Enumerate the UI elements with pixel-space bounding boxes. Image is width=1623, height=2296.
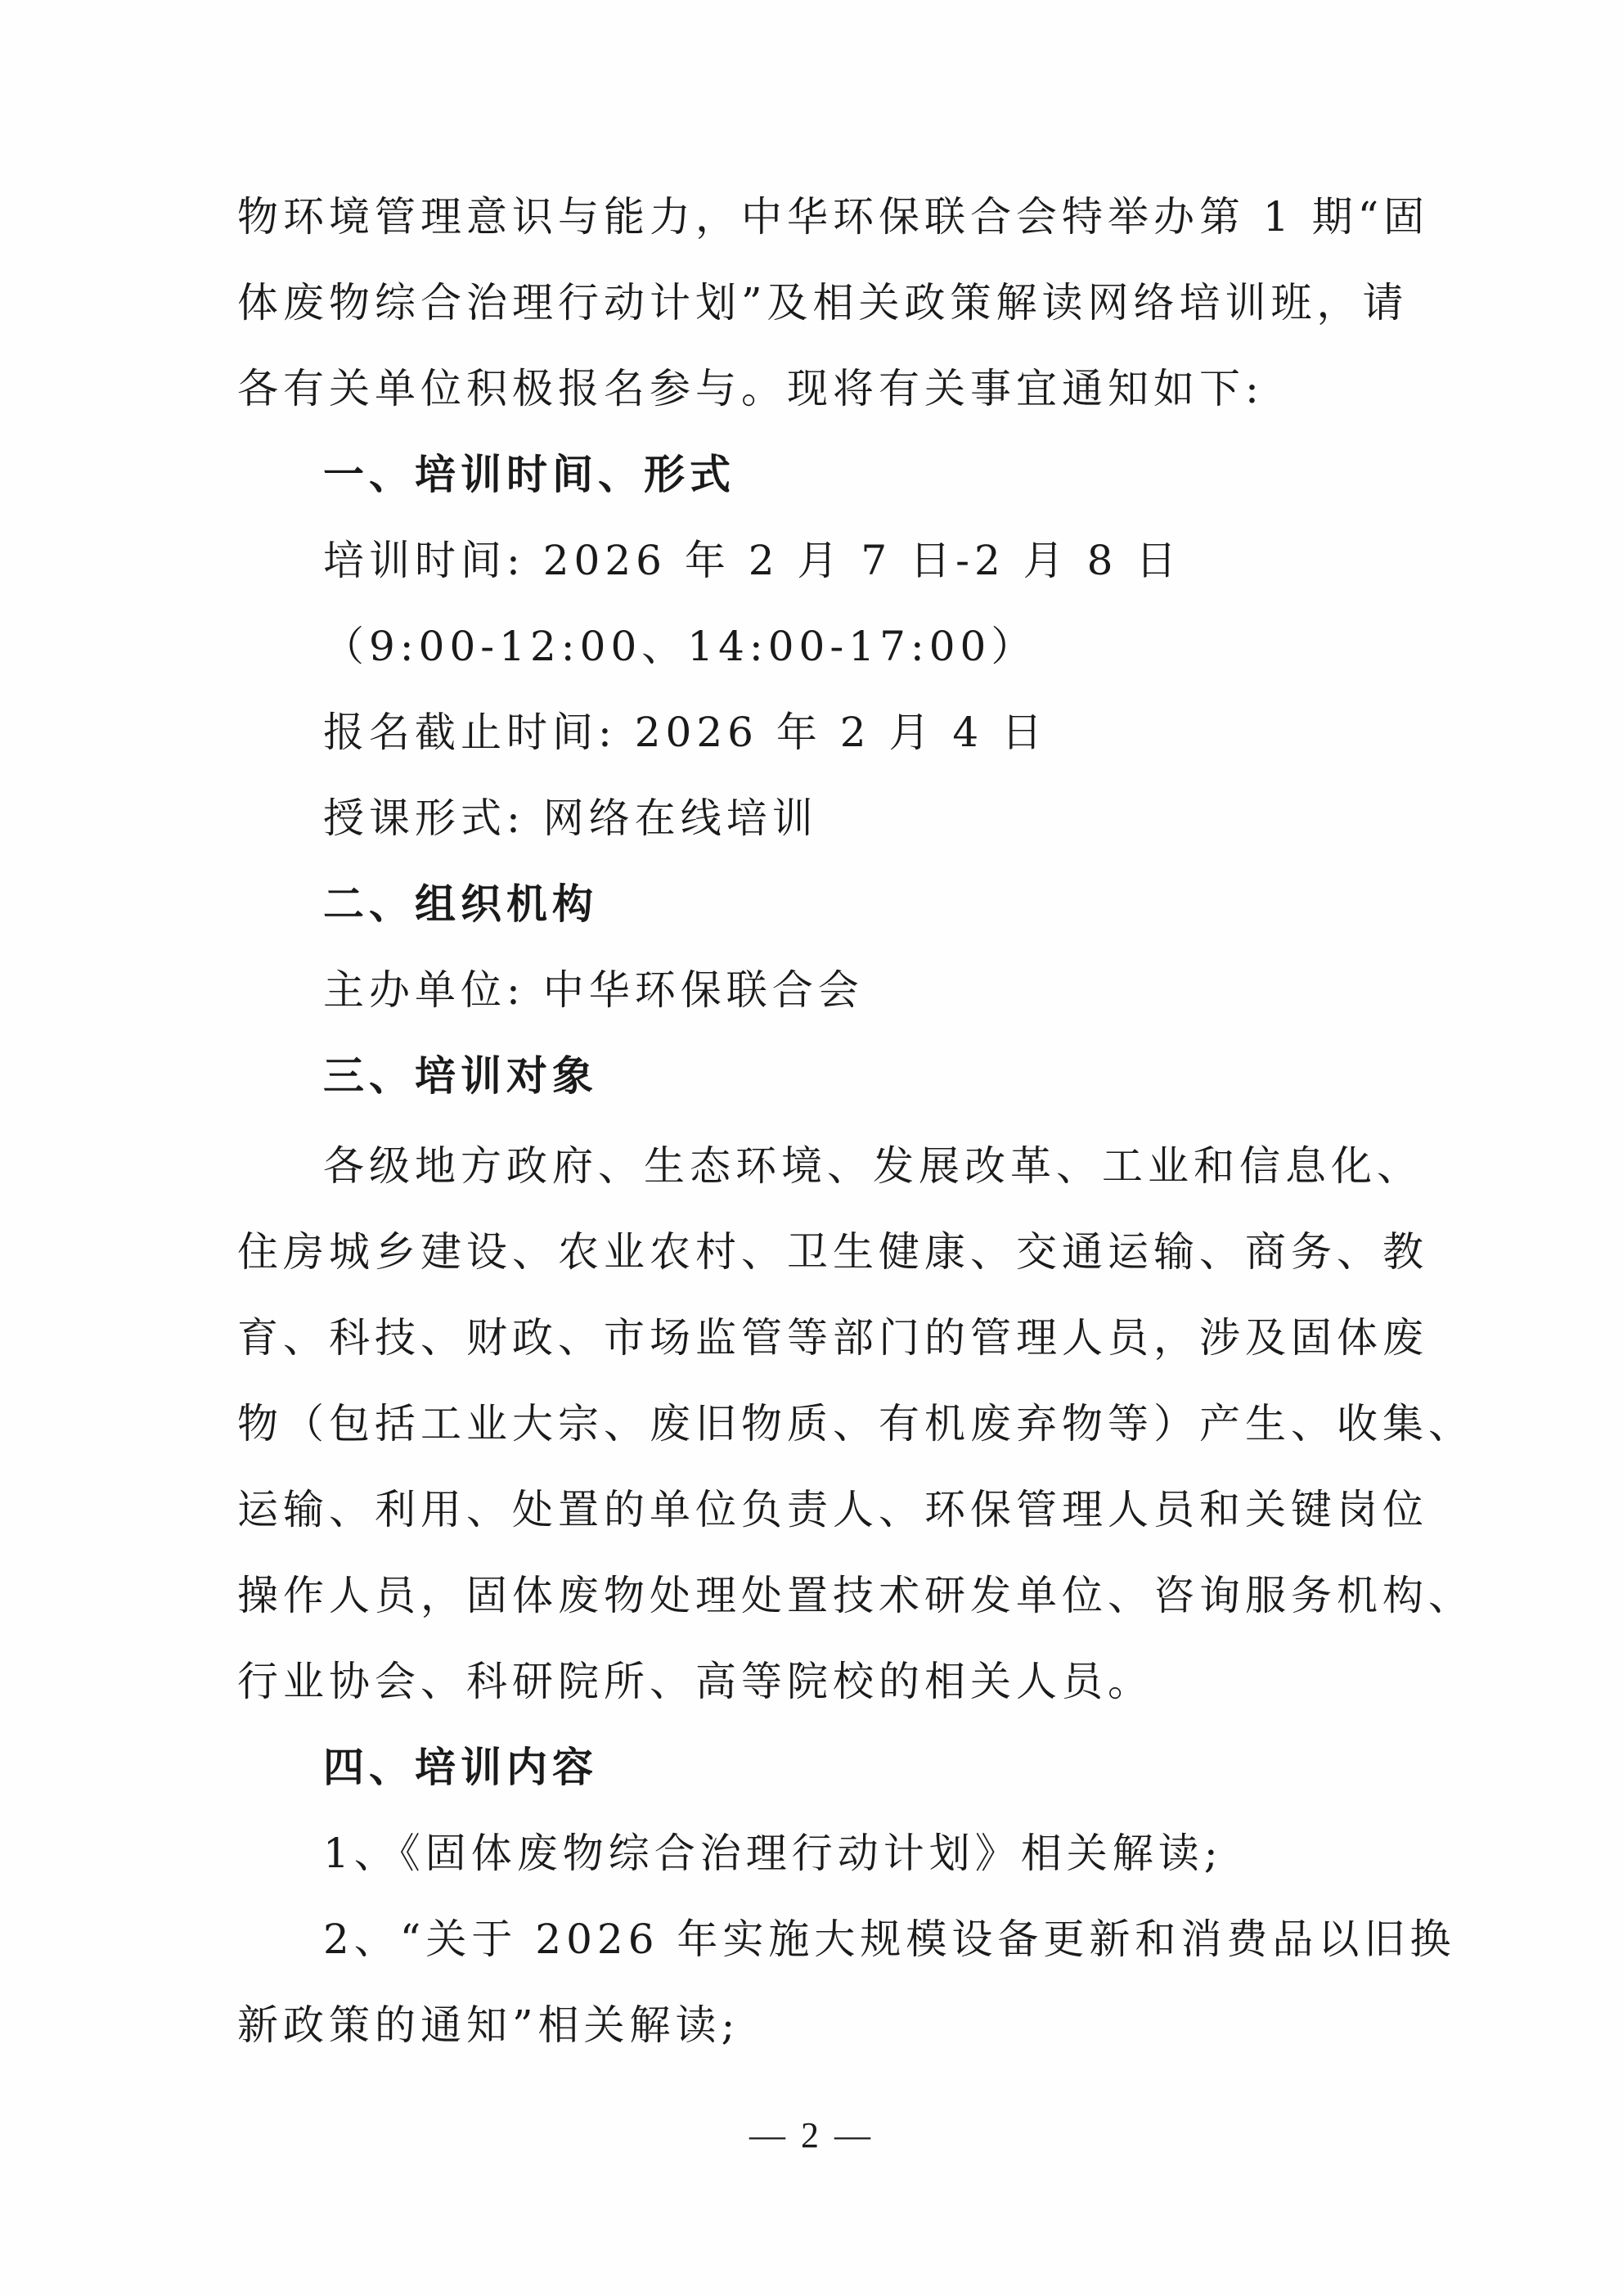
intro-line-3: 各有关单位积极报名参与。现将有关事宜通知如下:: [237, 364, 1391, 413]
audience-line-3: 育、科技、财政、市场监管等部门的管理人员，涉及固体废: [237, 1313, 1391, 1362]
section-1-heading: 一、培训时间、形式: [323, 450, 1391, 499]
content-item-2-line-2: 新政策的通知”相关解读;: [237, 2001, 1391, 2050]
content-item-2-line-1: 2、“关于 2026 年实施大规模设备更新和消费品以旧换: [323, 1915, 1391, 1964]
audience-line-2: 住房城乡建设、农业农村、卫生健康、交通运输、商务、教: [237, 1227, 1391, 1276]
audience-line-1: 各级地方政府、生态环境、发展改革、工业和信息化、: [323, 1141, 1391, 1191]
organizer: 主办单位: 中华环保联合会: [323, 966, 1391, 1015]
page-number: — 2 —: [0, 2111, 1623, 2160]
content-item-1: 1、《固体废物综合治理行动计划》相关解读;: [323, 1829, 1391, 1878]
audience-line-6: 操作人员，固体废物处理处置技术研发单位、咨询服务机构、: [237, 1571, 1391, 1620]
registration-deadline: 报名截止时间: 2026 年 2 月 4 日: [323, 708, 1391, 757]
training-time: 培训时间: 2026 年 2 月 7 日-2 月 8 日: [323, 536, 1391, 585]
training-hours: （9:00-12:00、14:00-17:00）: [323, 622, 1391, 671]
audience-line-5: 运输、利用、处置的单位负责人、环保管理人员和关键岗位: [237, 1485, 1391, 1534]
intro-line-1: 物环境管理意识与能力，中华环保联合会特举办第 1 期“固: [237, 192, 1391, 241]
audience-line-7: 行业协会、科研院所、高等院校的相关人员。: [237, 1657, 1391, 1706]
section-4-heading: 四、培训内容: [323, 1743, 1391, 1792]
intro-line-2: 体废物综合治理行动计划”及相关政策解读网络培训班，请: [237, 278, 1391, 327]
section-2-heading: 二、组织机构: [323, 880, 1391, 929]
document-page: 物环境管理意识与能力，中华环保联合会特举办第 1 期“固 体废物综合治理行动计划…: [0, 0, 1623, 2296]
section-3-heading: 三、培训对象: [323, 1051, 1391, 1101]
training-format: 授课形式: 网络在线培训: [323, 794, 1391, 843]
audience-line-4: 物（包括工业大宗、废旧物质、有机废弃物等）产生、收集、: [237, 1399, 1391, 1448]
